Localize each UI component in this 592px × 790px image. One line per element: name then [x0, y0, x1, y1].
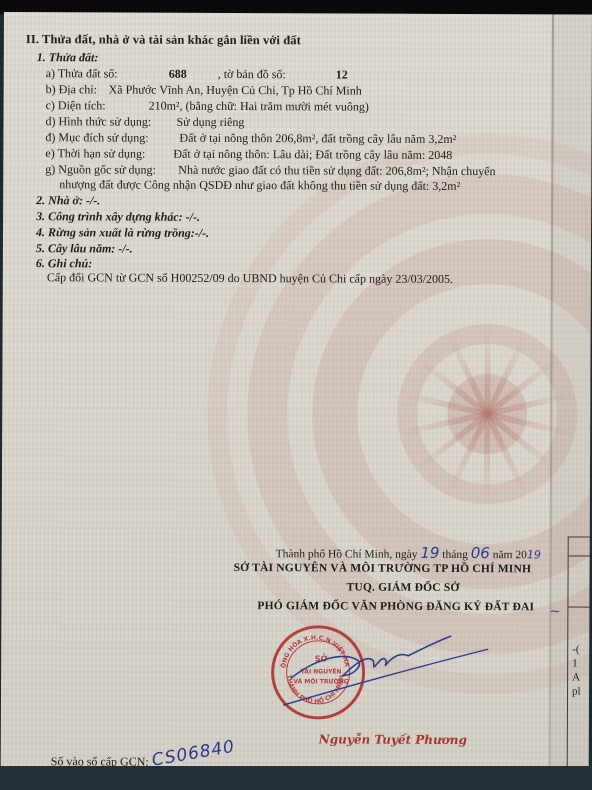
- area-row: c) Diện tích: 210m², (bằng chữ: Hai trăm…: [46, 98, 369, 114]
- parcel-number-value: 688: [169, 67, 215, 82]
- perennial-trees-value: -/-.: [115, 241, 132, 255]
- origin-value-line1: Nhà nước giao đất có thu tiền sử dụng đấ…: [178, 163, 495, 179]
- adjacent-text-1: -(: [572, 643, 579, 655]
- other-construction-value: -/-.: [183, 210, 200, 224]
- house-section: 2. Nhà ở: -/-.: [36, 193, 100, 208]
- on-behalf-line: TUQ. GIÁM ĐỐC SỞ: [346, 581, 459, 593]
- purpose-value: Đất ở tại nông thôn 206,8m², đất trồng c…: [179, 131, 456, 147]
- area-value: 210m², (bằng chữ: Hai trăm mười mét vuôn…: [149, 99, 369, 115]
- planted-forest-section: 4. Rừng sản xuất là rừng trồng:-/-.: [36, 225, 209, 241]
- signing-day: 19: [420, 544, 439, 562]
- planted-forest-value: -/-.: [195, 226, 209, 240]
- adjacent-box-row: [568, 556, 592, 607]
- other-construction-title: 3. Công trình xây dựng khác:: [36, 209, 183, 224]
- adjacent-box-row: [569, 537, 592, 556]
- city-prefix: Thành phố Hồ Chí Minh, ngày: [276, 548, 418, 561]
- usage-form-value: Sử dụng riêng: [176, 115, 244, 130]
- notes-text: Cấp đổi GCN từ GCN số H00252/09 do UBND …: [47, 270, 453, 287]
- photo-bottom-edge: [0, 766, 592, 790]
- month-label: tháng: [442, 549, 468, 561]
- perennial-trees-title: 5. Cây lâu năm:: [36, 241, 115, 255]
- address-row: b) Địa chỉ: Xã Phước Vĩnh An, Huyện Củ C…: [46, 82, 362, 98]
- registration-number: CS06840: [150, 737, 236, 769]
- signer-name: Nguyễn Tuyết Phương: [319, 732, 467, 747]
- seal-center-line3: VÀ MÔI TRƯỜNG: [274, 678, 368, 685]
- house-title: 2. Nhà ở:: [36, 193, 83, 207]
- usage-form-label: d) Hình thức sử dụng:: [45, 114, 173, 130]
- land-certificate-page: II. Thửa đất, nhà ở và tài sản khác gắn …: [1, 12, 592, 769]
- usage-form-row: d) Hình thức sử dụng: Sử dụng riêng: [45, 114, 244, 130]
- issuing-department: SỞ TÀI NGUYÊN VÀ MÔI TRƯỜNG TP HỒ CHÍ MI…: [234, 562, 532, 575]
- adjacent-text-4: pl: [572, 685, 581, 697]
- initials-scribble: ~: [549, 604, 560, 619]
- signing-year-suffix: 19: [527, 548, 541, 561]
- parcel-number-row: a) Thửa đất số: 688 , tờ bản đồ số: 12: [46, 66, 348, 82]
- section-heading: II. Thửa đất, nhà ở và tài sản khác gắn …: [26, 32, 301, 48]
- term-value: Đất ở tại nông thôn: Lâu dài; Đất trồng …: [173, 147, 452, 163]
- purpose-row: đ) Mục đích sử dụng: Đất ở tại nông thôn…: [45, 130, 456, 147]
- purpose-label: đ) Mục đích sử dụng:: [45, 130, 176, 146]
- official-red-seal: CỘNG HÒA X.H.C.N VIỆT NAM THÀNH PHỐ HỒ C…: [271, 625, 365, 719]
- seal-center-line2: TÀI NGUYÊN: [274, 668, 368, 675]
- adjacent-text-2: 1: [572, 657, 578, 669]
- land-parcel-title: 1. Thửa đất:: [37, 50, 99, 65]
- signing-date-line: Thành phố Hồ Chí Minh, ngày 19 tháng 06 …: [276, 543, 541, 562]
- map-sheet-value: 12: [336, 67, 348, 82]
- other-construction-section: 3. Công trình xây dựng khác: -/-.: [36, 209, 200, 225]
- address-label: b) Địa chỉ:: [46, 82, 106, 97]
- term-label: e) Thời hạn sử dụng:: [45, 146, 170, 162]
- house-value: -/-.: [83, 193, 100, 207]
- signer-title: PHÓ GIÁM ĐỐC VĂN PHÒNG ĐĂNG KÝ ĐẤT ĐAI: [257, 600, 534, 613]
- origin-value-line2: nhượng đất được Công nhận QSDĐ như giao …: [59, 177, 460, 194]
- year-label: năm 20: [493, 549, 527, 561]
- perennial-trees-section: 5. Cây lâu năm: -/-.: [36, 241, 133, 256]
- map-sheet-label: , tờ bản đồ số:: [218, 67, 333, 83]
- adjacent-page-box: -( 1 A pl: [567, 536, 592, 768]
- origin-label: g) Nguồn gốc sử dụng:: [45, 162, 175, 178]
- address-value: Xã Phước Vĩnh An, Huyện Củ Chi, Tp Hồ Ch…: [109, 82, 362, 98]
- adjacent-text-3: A: [572, 671, 580, 683]
- notes-section-title: 6. Ghi chú:: [36, 256, 92, 271]
- signing-month: 06: [471, 544, 490, 562]
- parcel-number-label: a) Thửa đất số:: [46, 66, 166, 82]
- area-label: c) Diện tích:: [46, 98, 146, 113]
- seal-center-line1: SỞ: [274, 654, 368, 663]
- planted-forest-title: 4. Rừng sản xuất là rừng trồng:: [36, 225, 195, 240]
- term-row: e) Thời hạn sử dụng: Đất ở tại nông thôn…: [45, 146, 452, 163]
